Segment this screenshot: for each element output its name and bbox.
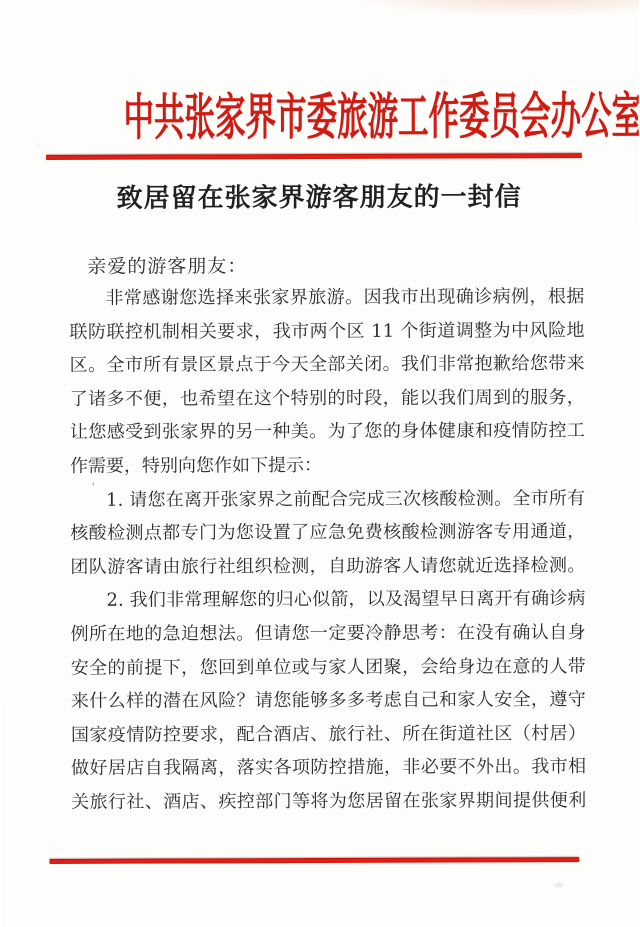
- letter-body: 非常感谢您选择来张家界旅游。因我市出现确诊病例，根据 联防联控机制相关要求，我市…: [69, 280, 586, 819]
- body-line: 1. 请您在离开张家界之前配合完成三次核酸检测。全市所有: [70, 482, 585, 517]
- letterhead-org-title: 中共张家界市委旅游工作委员会办公室: [124, 90, 515, 143]
- body-line: 例所在地的急迫想法。但请您一定要冷静思考：在没有确认自身: [71, 616, 586, 651]
- scan-speck: [554, 883, 563, 887]
- body-line: 关旅行社、酒店、疾控部门等将为您居留在张家界期间提供便利: [71, 784, 586, 819]
- letter-title: 致居留在张家界游客朋友的一封信: [0, 180, 639, 216]
- body-line: 来什么样的潜在风险？请您能够多多考虑自己和家人安全，遵守: [71, 683, 586, 718]
- body-line: 团队游客请由旅行社组织检测，自助游客人请您就近选择检测。: [70, 549, 585, 584]
- body-line: 做好居店自我隔离，落实各项防控措施，非必要不外出。我市相: [71, 750, 586, 785]
- body-line: 核酸检测点都专门为您设置了应急免费核酸检测游客专用通道，: [70, 515, 585, 550]
- body-line: 作需要，特别向您作如下提示：: [70, 448, 585, 483]
- body-line: 让您感受到张家界的另一种美。为了您的身体健康和疫情防控工: [70, 414, 585, 449]
- body-line: 安全的前提下，您回到单位或与家人团聚，会给身边在意的人带: [71, 650, 586, 685]
- salutation: 亲爱的游客朋友：: [87, 252, 639, 280]
- scan-smudge: [358, 0, 640, 16]
- body-line: 区。全市所有景区景点于今天全部关闭。我们非常抱歉给您带来: [70, 347, 585, 382]
- footer-red-rule: [49, 857, 579, 864]
- body-line: 2. 我们非常理解您的归心似箭，以及渴望早日离开有确诊病: [70, 582, 585, 617]
- document-page: 中共张家界市委旅游工作委员会办公室 致居留在张家界游客朋友的一封信 亲爱的游客朋…: [0, 0, 640, 927]
- body-line: 了诸多不便，也希望在这个特别的时段，能以我们周到的服务，: [70, 381, 585, 416]
- body-line: 国家疫情防控要求，配合酒店、旅行社、所在街道社区（村居）: [71, 717, 586, 752]
- body-line: 联防联控机制相关要求，我市两个区 11 个街道调整为中风险地: [69, 314, 584, 349]
- header-red-rule: [46, 153, 582, 160]
- body-line: 非常感谢您选择来张家界旅游。因我市出现确诊病例，根据: [69, 280, 584, 315]
